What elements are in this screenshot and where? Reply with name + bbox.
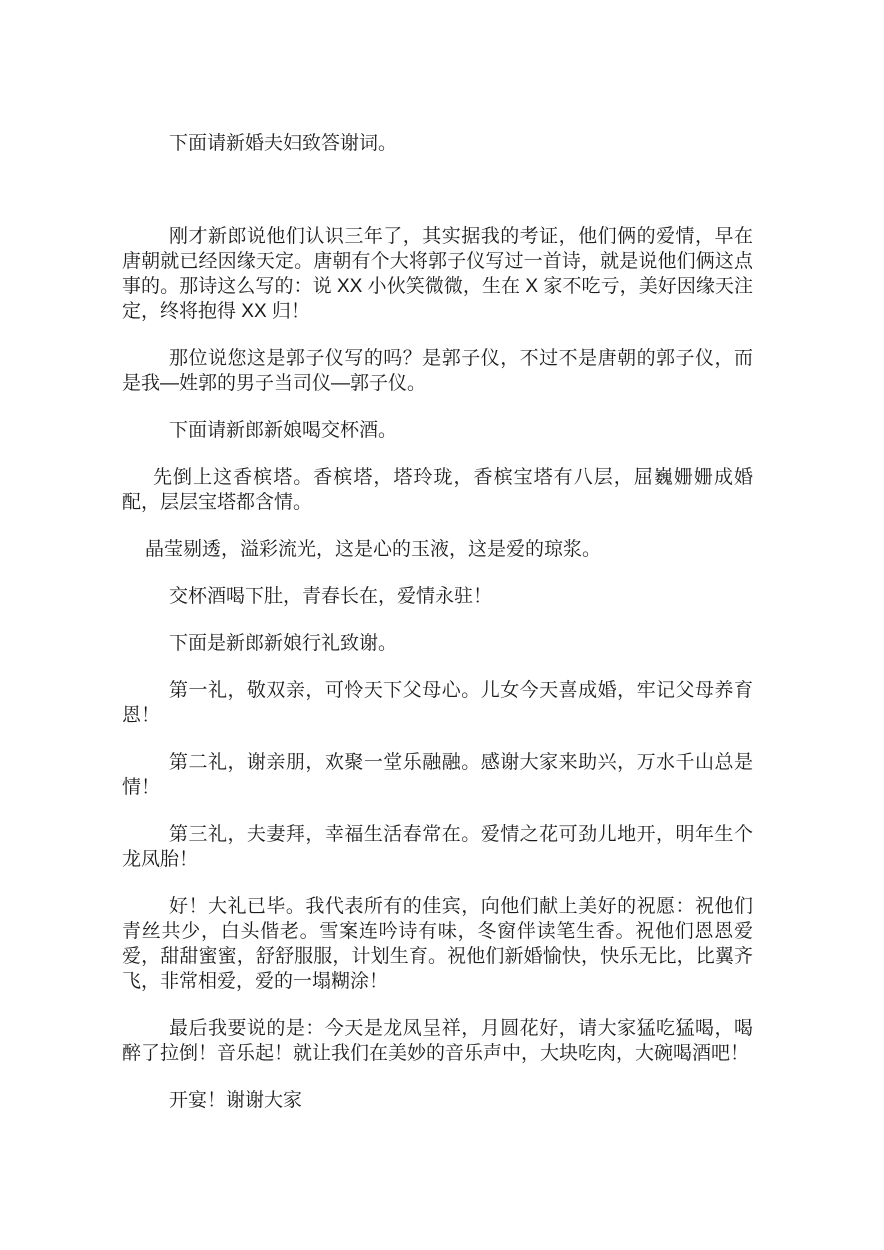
paragraph: 晶莹剔透，溢彩流光，这是心的玉液，这是爱的琼浆。 xyxy=(122,537,753,562)
document-page: 下面请新婚夫妇致答谢词。 刚才新郎说他们认识三年了，其实据我的考证，他们俩的爱情… xyxy=(0,0,884,1250)
paragraph: 最后我要说的是：今天是龙凤呈祥，月圆花好，请大家猛吃猛喝，喝醉了拉倒！音乐起！就… xyxy=(122,1016,753,1066)
paragraph: 第三礼，夫妻拜，幸福生活春常在。爱情之花可劲儿地开，明年生个龙凤胎！ xyxy=(122,822,753,872)
paragraph: 下面请新婚夫妇致答谢词。 xyxy=(122,131,753,156)
paragraph: 好！大礼已毕。我代表所有的佳宾，向他们献上美好的祝愿：祝他们青丝共少，白头偕老。… xyxy=(122,894,753,994)
paragraph: 交杯酒喝下肚，青春长在，爱情永驻！ xyxy=(122,584,753,609)
paragraph: 那位说您这是郭子仪写的吗？是郭子仪，不过不是唐朝的郭子仪，而是我—姓郭的男子当司… xyxy=(122,346,753,396)
paragraph: 下面是新郎新娘行礼致谢。 xyxy=(122,631,753,656)
document-body: 下面请新婚夫妇致答谢词。 刚才新郎说他们认识三年了，其实据我的考证，他们俩的爱情… xyxy=(122,131,753,1113)
paragraph: 第二礼，谢亲朋，欢聚一堂乐融融。感谢大家来助兴，万水千山总是情！ xyxy=(122,750,753,800)
paragraph: 下面请新郎新娘喝交杯酒。 xyxy=(122,418,753,443)
paragraph: 刚才新郎说他们认识三年了，其实据我的考证，他们俩的爱情，早在唐朝就已经因缘天定。… xyxy=(122,224,753,324)
paragraph: 开宴！谢谢大家 xyxy=(122,1088,753,1113)
paragraph: 先倒上这香槟塔。香槟塔，塔玲珑，香槟宝塔有八层，屈巍姗姗成婚配，层层宝塔都含情。 xyxy=(122,465,753,515)
paragraph: 第一礼，敬双亲，可怜天下父母心。儿女今天喜成婚，牢记父母养育恩！ xyxy=(122,678,753,728)
